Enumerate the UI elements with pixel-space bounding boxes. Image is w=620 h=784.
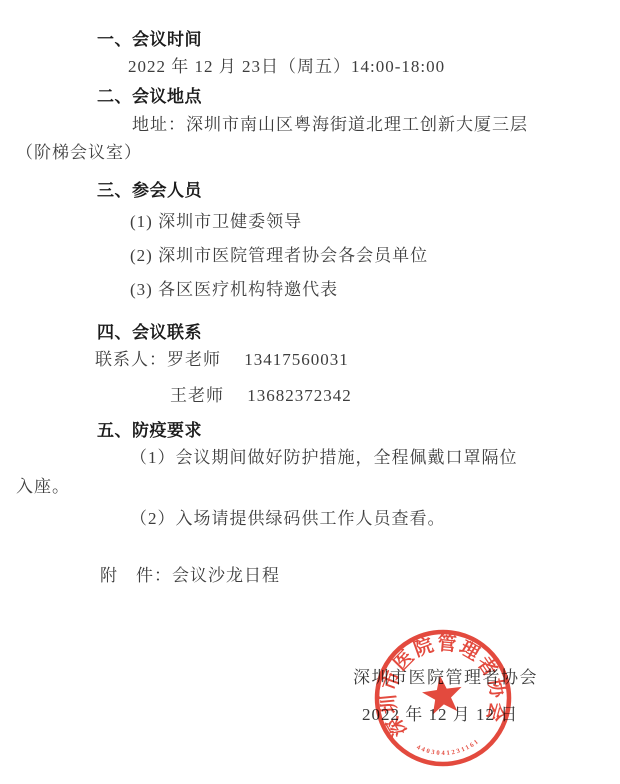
meeting-notice-document: 一、会议时间 2022 年 12 月 23日（周五）14:00-18:00 二、… [0, 0, 620, 784]
signature-organization: 深圳市医院管理者协会 [353, 669, 538, 687]
participant-item-2: (2) 深圳市医院管理者协会各会员单位 [130, 247, 428, 265]
covid-rule-1-line-2: 入座。 [16, 478, 70, 496]
attachment-note: 附 件：会议沙龙日程 [100, 567, 280, 585]
covid-rule-2: （2）入场请提供绿码供工作人员查看。 [130, 510, 446, 528]
meeting-address-line-1: 地址：深圳市南山区粤海街道北理工创新大厦三层 [132, 116, 528, 134]
participant-item-3: (3) 各区医疗机构特邀代表 [130, 281, 338, 299]
covid-rule-1-line-1: （1）会议期间做好防护措施，全程佩戴口罩隔位 [130, 449, 518, 467]
meeting-time-text: 2022 年 12 月 23日（周五）14:00-18:00 [128, 58, 445, 76]
section-5-heading: 五、防疫要求 [97, 422, 202, 440]
meeting-address-line-2: （阶梯会议室） [16, 144, 142, 162]
participant-item-1: (1) 深圳市卫健委领导 [130, 213, 302, 231]
section-2-heading: 二、会议地点 [97, 88, 202, 106]
contact-person-2: 王老师 13682372342 [170, 387, 352, 405]
seal-serial-arc-text: 4403041231161 [415, 735, 483, 761]
contact-person-1: 联系人：罗老师 13417560031 [95, 351, 349, 369]
section-4-heading: 四、会议联系 [97, 324, 202, 342]
signature-date: 2022 年 12 月 12 日 [362, 706, 518, 724]
seal-ring [368, 623, 517, 772]
section-1-heading: 一、会议时间 [97, 31, 202, 49]
section-3-heading: 三、参会人员 [97, 182, 202, 200]
official-seal: 深圳市医院管理者协会 4403041231161 [362, 617, 525, 780]
